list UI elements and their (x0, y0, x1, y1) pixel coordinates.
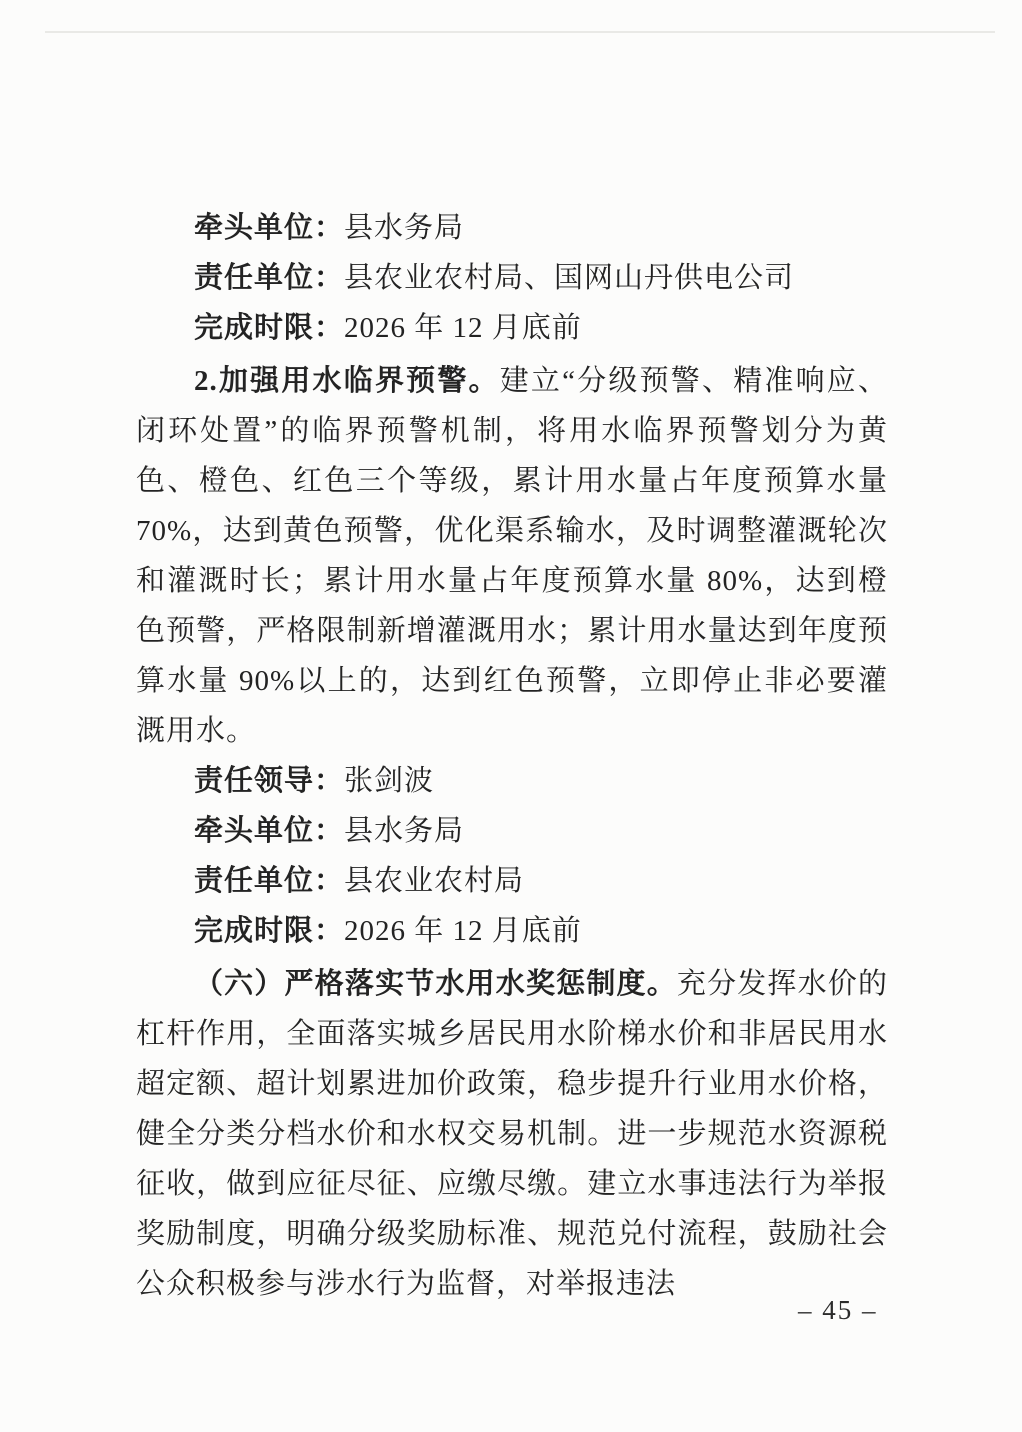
document-body: 牵头单位：县水务局 责任单位：县农业农村局、国网山丹供电公司 完成时限：2026… (136, 203, 888, 1309)
scan-artifact-line (45, 31, 995, 33)
field-line-responsible-unit-1: 责任单位：县农业农村局、国网山丹供电公司 (136, 253, 888, 303)
page-number: – 45 – (798, 1295, 878, 1326)
field-line-responsible-unit-2: 责任单位：县农业农村局 (136, 856, 888, 906)
paragraph-text: 建立“分级预警、精准响应、闭环处置”的临界预警机制，将用水临界预警划分为黄色、橙… (136, 365, 888, 747)
field-value: 县农业农村局、国网山丹供电公司 (344, 262, 794, 294)
field-label: 责任单位： (194, 865, 344, 897)
field-label: 牵头单位： (194, 212, 344, 244)
document-page: 牵头单位：县水务局 责任单位：县农业农村局、国网山丹供电公司 完成时限：2026… (0, 0, 1022, 1432)
field-line-responsible-leader: 责任领导：张剑波 (136, 756, 888, 806)
field-value: 县水务局 (344, 212, 464, 244)
paragraph-reward-penalty-system: （六）严格落实节水用水奖惩制度。充分发挥水价的杠杆作用，全面落实城乡居民用水阶梯… (136, 959, 888, 1309)
paragraph-lead: （六）严格落实节水用水奖惩制度。 (194, 968, 677, 1000)
field-line-deadline-1: 完成时限：2026 年 12 月底前 (136, 303, 888, 353)
field-value: 2026 年 12 月底前 (344, 312, 582, 344)
field-value: 县农业农村局 (344, 865, 524, 897)
field-label: 完成时限： (194, 915, 344, 947)
paragraph-water-warning: 2.加强用水临界预警。建立“分级预警、精准响应、闭环处置”的临界预警机制，将用水… (136, 356, 888, 756)
field-label: 牵头单位： (194, 815, 344, 847)
field-label: 责任领导： (194, 765, 344, 797)
field-label: 完成时限： (194, 312, 344, 344)
field-value: 2026 年 12 月底前 (344, 915, 582, 947)
field-value: 张剑波 (344, 765, 434, 797)
field-value: 县水务局 (344, 815, 464, 847)
paragraph-text: 充分发挥水价的杠杆作用，全面落实城乡居民用水阶梯水价和非居民用水超定额、超计划累… (136, 968, 888, 1300)
field-line-lead-unit-2: 牵头单位：县水务局 (136, 806, 888, 856)
field-label: 责任单位： (194, 262, 344, 294)
paragraph-lead: 2.加强用水临界预警。 (194, 365, 500, 397)
field-line-lead-unit-1: 牵头单位：县水务局 (136, 203, 888, 253)
field-line-deadline-2: 完成时限：2026 年 12 月底前 (136, 906, 888, 956)
